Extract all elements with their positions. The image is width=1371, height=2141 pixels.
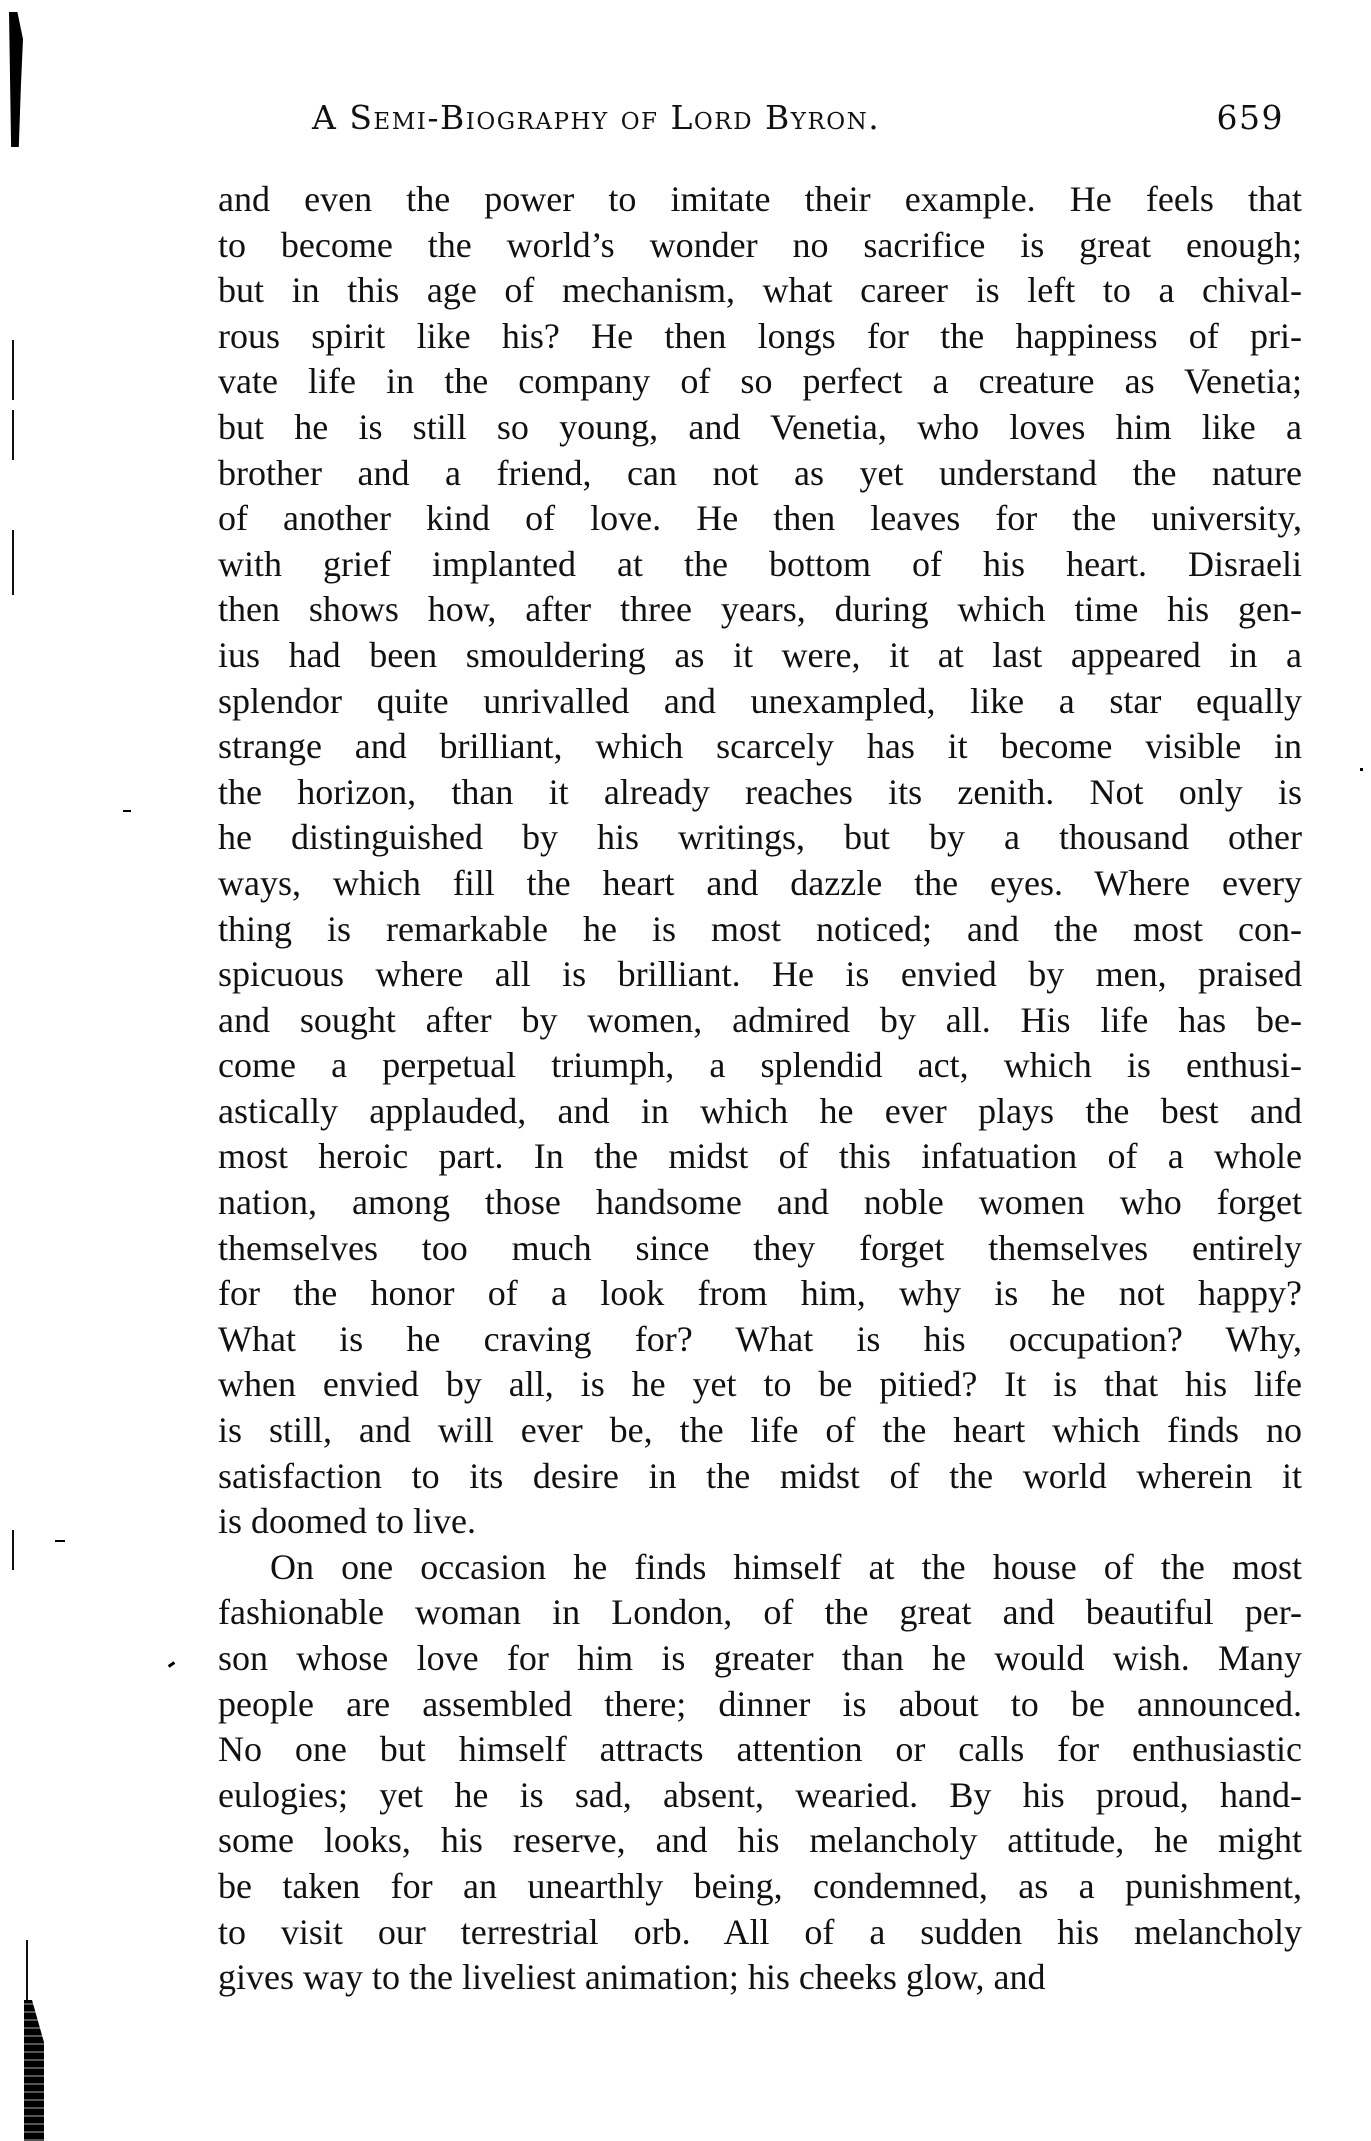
text-line: eulogies; yet he is sad, absent, wearied… bbox=[218, 1773, 1302, 1819]
scan-binding-edge-top bbox=[9, 12, 23, 147]
text-line: to visit our terrestrial orb. All of a s… bbox=[218, 1910, 1302, 1956]
margin-mark bbox=[1360, 768, 1363, 771]
text-line: and sought after by women, admired by al… bbox=[218, 998, 1302, 1044]
text-line: thing is remarkable he is most noticed; … bbox=[218, 907, 1302, 953]
text-line: satisfaction to its desire in the midst … bbox=[218, 1454, 1302, 1500]
text-line: spicuous where all is brilliant. He is e… bbox=[218, 952, 1302, 998]
text-line: nation, among those handsome and noble w… bbox=[218, 1180, 1302, 1226]
text-line: ways, which fill the heart and dazzle th… bbox=[218, 861, 1302, 907]
text-line: for the honor of a look from him, why is… bbox=[218, 1271, 1302, 1317]
text-line: he distinguished by his writings, but by… bbox=[218, 815, 1302, 861]
text-line: be taken for an unearthly being, condemn… bbox=[218, 1864, 1302, 1910]
text-line: to become the world’s wonder no sacrific… bbox=[218, 223, 1302, 269]
text-line: themselves too much since they forget th… bbox=[218, 1226, 1302, 1272]
text-line: with grief implanted at the bottom of hi… bbox=[218, 542, 1302, 588]
text-line: strange and brilliant, which scarcely ha… bbox=[218, 724, 1302, 770]
scan-binding-edge-bottom bbox=[24, 2000, 44, 2141]
text-line: No one but himself attracts attention or… bbox=[218, 1727, 1302, 1773]
text-line: splendor quite unrivalled and unexampled… bbox=[218, 679, 1302, 725]
margin-mark bbox=[123, 810, 131, 812]
text-line: gives way to the liveliest animation; hi… bbox=[218, 1955, 1302, 2001]
text-line: is doomed to live. bbox=[218, 1499, 1302, 1545]
text-line: some looks, his reserve, and his melanch… bbox=[218, 1818, 1302, 1864]
body-text: and even the power to imitate their exam… bbox=[218, 177, 1302, 2001]
text-line: brother and a friend, can not as yet und… bbox=[218, 451, 1302, 497]
margin-mark bbox=[55, 1540, 65, 1542]
paragraph: On one occasion he finds himself at the … bbox=[218, 1545, 1302, 2001]
text-line: but in this age of mechanism, what caree… bbox=[218, 268, 1302, 314]
text-line: astically applauded, and in which he eve… bbox=[218, 1089, 1302, 1135]
text-line: come a perpetual triumph, a splendid act… bbox=[218, 1043, 1302, 1089]
text-line: but he is still so young, and Venetia, w… bbox=[218, 405, 1302, 451]
text-line: is still, and will ever be, the life of … bbox=[218, 1408, 1302, 1454]
scan-edge-mark bbox=[12, 1530, 14, 1570]
scan-edge-mark bbox=[12, 410, 14, 460]
text-line: when envied by all, is he yet to be piti… bbox=[218, 1362, 1302, 1408]
paragraph: and even the power to imitate their exam… bbox=[218, 177, 1302, 1545]
margin-mark bbox=[168, 1661, 175, 1667]
text-line: the horizon, than it already reaches its… bbox=[218, 770, 1302, 816]
text-line: of another kind of love. He then leaves … bbox=[218, 496, 1302, 542]
running-header: A Semi-Biography of Lord Byron. 659 bbox=[312, 98, 1312, 148]
text-line: and even the power to imitate their exam… bbox=[218, 177, 1302, 223]
scan-edge-mark bbox=[12, 340, 14, 400]
scan-edge-mark bbox=[12, 530, 14, 595]
text-line: most heroic part. In the midst of this i… bbox=[218, 1134, 1302, 1180]
text-line: What is he craving for? What is his occu… bbox=[218, 1317, 1302, 1363]
page-number: 659 bbox=[1217, 98, 1285, 137]
text-line: ius had been smouldering as it were, it … bbox=[218, 633, 1302, 679]
text-line: then shows how, after three years, durin… bbox=[218, 587, 1302, 633]
text-line: son whose love for him is greater than h… bbox=[218, 1636, 1302, 1682]
text-line: people are assembled there; dinner is ab… bbox=[218, 1682, 1302, 1728]
text-line: On one occasion he finds himself at the … bbox=[218, 1545, 1302, 1591]
running-title: A Semi-Biography of Lord Byron. bbox=[312, 98, 880, 137]
text-line: vate life in the company of so perfect a… bbox=[218, 359, 1302, 405]
text-line: rous spirit like his? He then longs for … bbox=[218, 314, 1302, 360]
text-line: fashionable woman in London, of the grea… bbox=[218, 1590, 1302, 1636]
